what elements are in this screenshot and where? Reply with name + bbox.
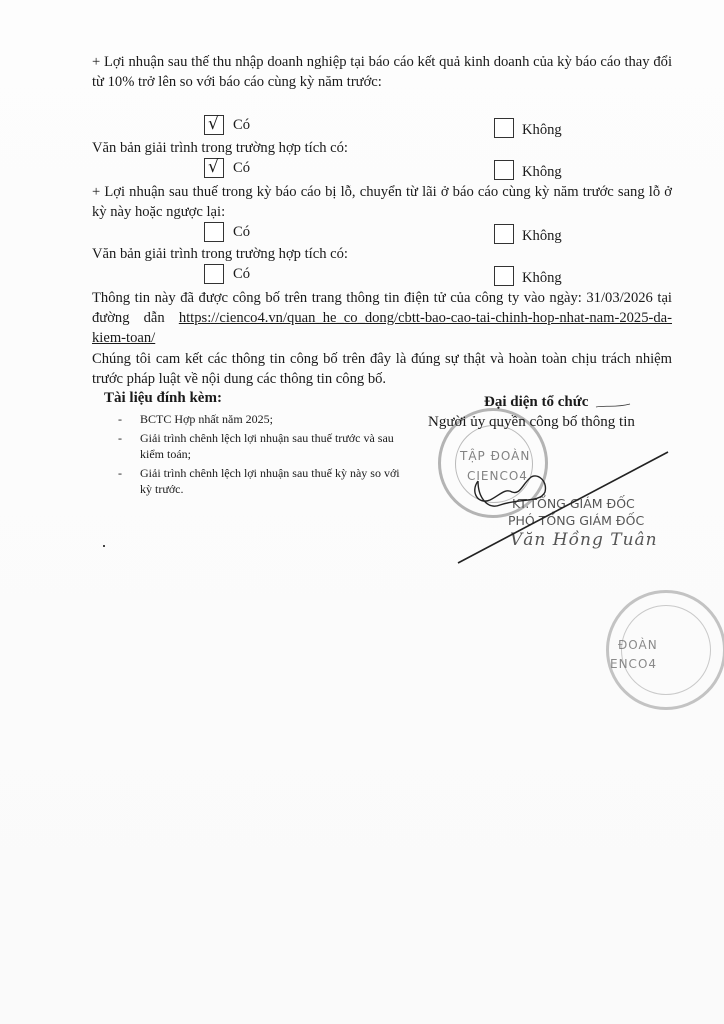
page-stamp-text-1: ĐOÀN — [618, 638, 658, 652]
page-stamp-text-2: ENCO4 — [610, 657, 657, 671]
document-page: + Lợi nhuận sau thế thu nhập doanh nghiệ… — [0, 0, 724, 1024]
handwritten-signature-icon — [0, 0, 724, 1024]
